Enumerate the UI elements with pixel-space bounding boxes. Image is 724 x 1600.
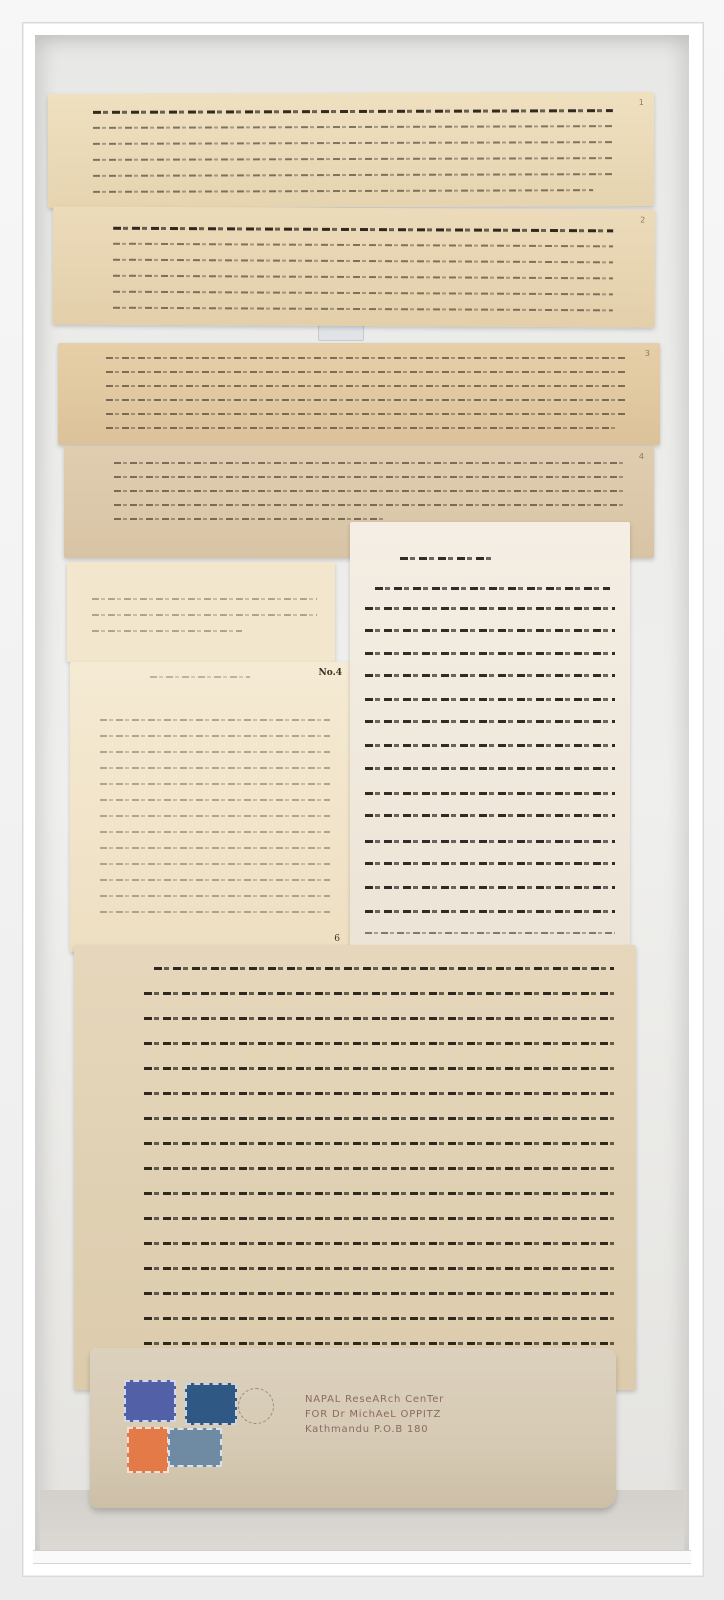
page-mark: 6 bbox=[334, 934, 340, 944]
display-case-lip bbox=[33, 1550, 691, 1564]
stamp-dancer-figure bbox=[168, 1428, 222, 1467]
display-stand bbox=[318, 325, 364, 341]
letter-left-main: No.4 6 bbox=[70, 662, 352, 952]
letter-large-scroll bbox=[74, 945, 636, 1390]
stamp-nepal-map-flag bbox=[185, 1383, 237, 1425]
letter-left-top bbox=[67, 562, 335, 662]
folio-number: 4 bbox=[639, 452, 644, 461]
manuscript-folio-3: 3 bbox=[58, 343, 660, 445]
stamp-children-group bbox=[124, 1380, 176, 1422]
parcel-address: NAPAL ReseARch CenTer FOR Dr MichAeL OPP… bbox=[305, 1392, 444, 1437]
address-line-3: Kathmandu P.O.B 180 bbox=[305, 1422, 444, 1437]
letter-number-mark: No.4 bbox=[319, 668, 342, 678]
postmark bbox=[238, 1388, 274, 1424]
folio-number: 1 bbox=[639, 98, 644, 107]
manuscript-folio-1: 1 bbox=[48, 92, 654, 208]
address-line-2: FOR Dr MichAeL OPPITZ bbox=[305, 1407, 444, 1422]
folio-number: 3 bbox=[645, 349, 650, 358]
stamp-orange-portrait bbox=[127, 1427, 169, 1473]
folio-number: 2 bbox=[640, 215, 645, 224]
manuscript-folio-2: 2 bbox=[53, 206, 656, 327]
address-line-1: NAPAL ReseARch CenTer bbox=[305, 1392, 444, 1407]
letter-right-main bbox=[350, 522, 630, 947]
